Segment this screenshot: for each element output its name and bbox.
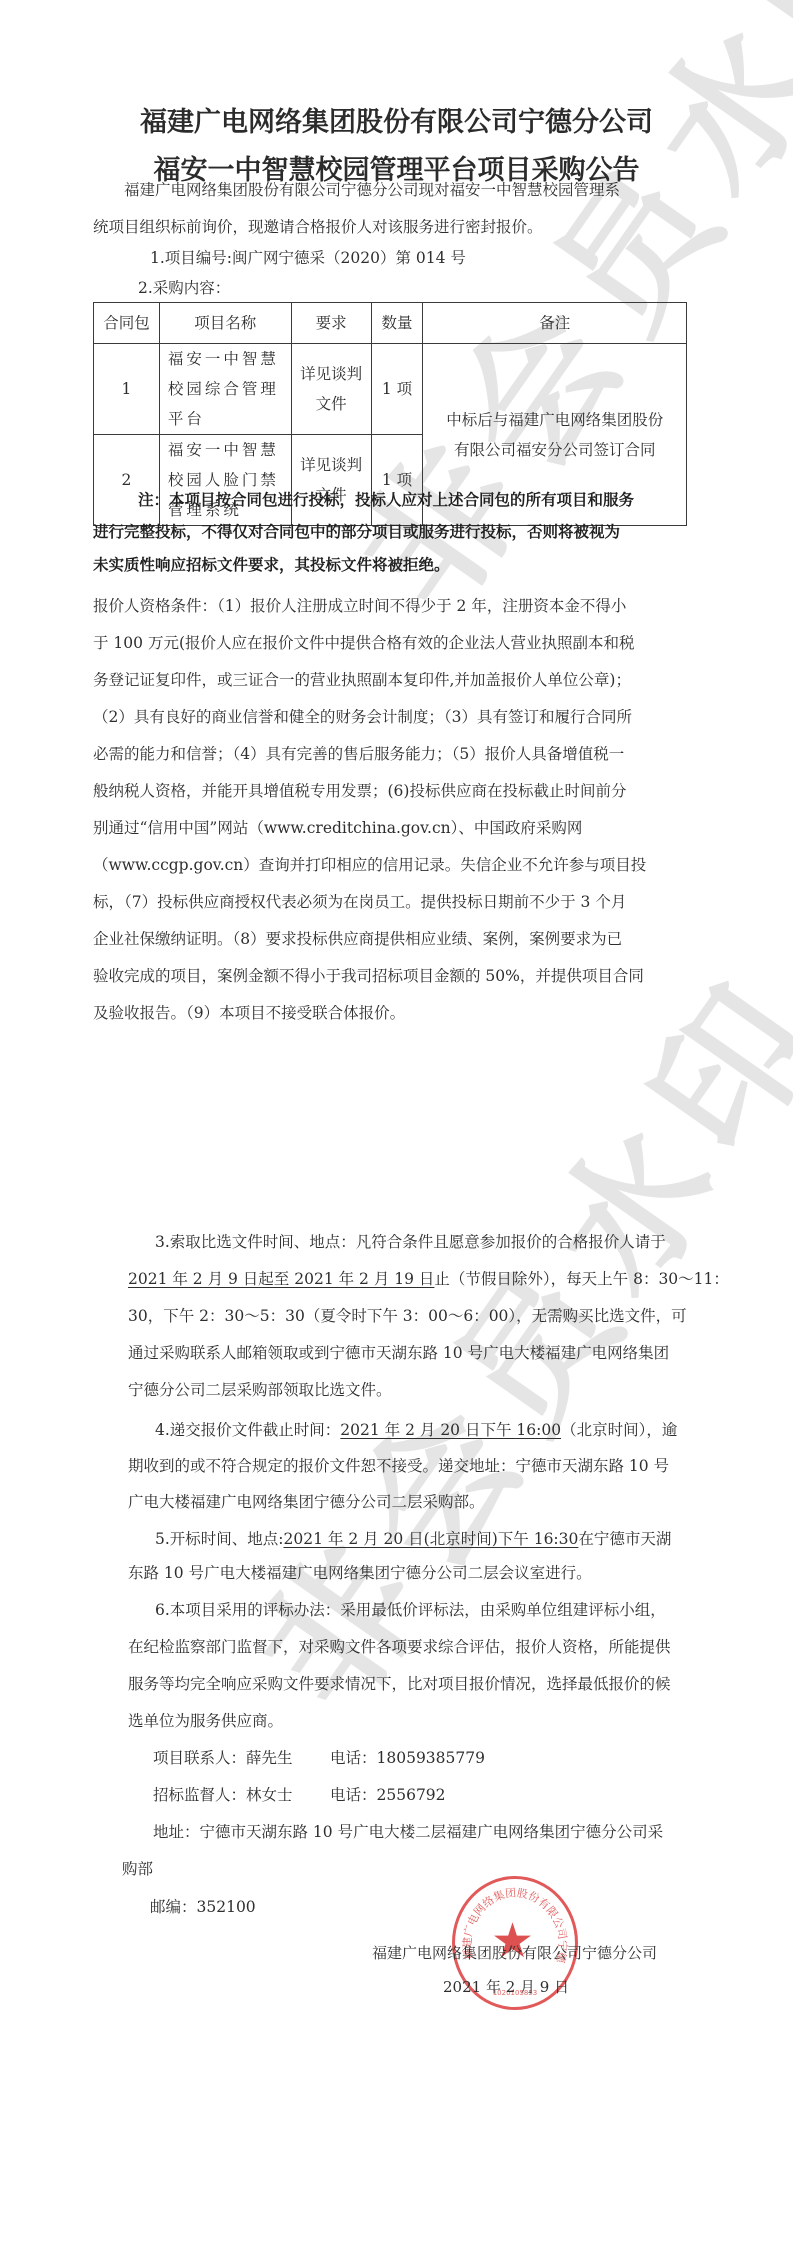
qualifications-line: 验收完成的项目，案例金额不得小于我司招标项目金额的 50%，并提供项目合同 <box>93 964 644 986</box>
watermark-bottom: 非会员水印 <box>200 924 793 1744</box>
postcode: 邮编：352100 <box>150 1895 256 1917</box>
qualifications-line: 报价人资格条件：（1）报价人注册成立时间不得少于 2 年，注册资本金不得小 <box>93 594 626 616</box>
opening-suffix: 在宁德市天湖 <box>578 1530 671 1548</box>
deadline-suffix: （北京时间），逾 <box>561 1421 677 1439</box>
cell-quantity: 1 项 <box>371 344 423 435</box>
qualifications-line: 般纳税人资格，并能开具增值税专用发票；(6)投标供应商在投标截止时间前分 <box>93 779 626 801</box>
section6-line3: 服务等均完全响应采购文件要求情况下，比对项目报价情况，选择最低报价的候 <box>128 1672 671 1694</box>
col-project-name: 项目名称 <box>159 303 291 344</box>
cell-requirement: 详见谈判文件 <box>291 344 371 435</box>
col-quantity: 数量 <box>371 303 423 344</box>
cell-project-name: 福安一中智慧校园人脸门禁管理系统 <box>159 435 291 526</box>
qualifications-line: 及验收报告。（9）本项目不接受联合体报价。 <box>93 1001 405 1023</box>
col-requirement: 要求 <box>291 303 371 344</box>
signature-date: 2021 年 2 月 9 日 <box>443 1976 569 1997</box>
section5-line2: 东路 10 号广电大楼福建广电网络集团宁德分公司二层会议室进行。 <box>128 1561 592 1583</box>
cell-quantity: 1 项 <box>371 435 423 526</box>
section4-line1: 4.递交报价文件截止时间：2021 年 2 月 20 日下午 16:00（北京时… <box>155 1418 677 1440</box>
qualifications-line: 企业社保缴纳证明。（8）要求投标供应商提供相应业绩、案例，案例要求为已 <box>93 927 622 949</box>
section6-line4: 选单位为服务供应商。 <box>128 1709 283 1731</box>
address-line2: 购部 <box>122 1857 153 1879</box>
deadline-value: 2021 年 2 月 20 日下午 16:00 <box>340 1421 561 1439</box>
note-line3: 未实质性响应招标文件要求，其投标文件将被拒绝。 <box>93 553 450 575</box>
section3-line5: 宁德分公司二层采购部领取比选文件。 <box>128 1378 392 1400</box>
supervisor-contact: 招标监督人：林女士 <box>153 1783 293 1805</box>
qualifications-line: 务登记证复印件，或三证合一的营业执照副本复印件,并加盖报价人单位公章)； <box>93 668 631 690</box>
project-contact-phone: 电话：18059385779 <box>330 1746 485 1768</box>
document-hours: 止（节假日除外），每天上午 8：30～11： <box>434 1270 729 1288</box>
deadline-label: 4.递交报价文件截止时间： <box>155 1421 340 1439</box>
cell-requirement: 详见谈判文件 <box>291 435 371 526</box>
section6-line2: 在纪检监察部门监督下，对采购文件各项要求综合评估，报价人资格，所能提供 <box>128 1635 671 1657</box>
section3-line3: 30，下午 2：30～5：30（夏令时下午 3：00～6：00），无需购买比选文… <box>128 1304 687 1326</box>
cell-package: 2 <box>94 435 160 526</box>
section4-line3: 广电大楼福建广电网络集团宁德分公司二层采购部。 <box>128 1490 485 1512</box>
project-number: 1.项目编号:闽广网宁德采（2020）第 014 号 <box>150 246 466 268</box>
section5-line1: 5.开标时间、地点:2021 年 2 月 20 日(北京时间)下午 16:30在… <box>155 1527 671 1549</box>
signature-company: 福建广电网络集团股份有限公司宁德分公司 <box>372 1942 657 1963</box>
qualifications-line: 必需的能力和信誉；（4）具有完善的售后服务能力；（5）报价人具备增值税一 <box>93 742 624 764</box>
table-header-row: 合同包 项目名称 要求 数量 备注 <box>94 303 687 344</box>
intro-line2: 统项目组织标前询价，现邀请合格报价人对该服务进行密封报价。 <box>93 215 543 237</box>
qualifications-line: （www.ccgp.gov.cn）查询并打印相应的信用记录。失信企业不允许参与项… <box>93 853 646 875</box>
document-title-line1: 福建广电网络集团股份有限公司宁德分公司 <box>0 100 793 139</box>
cell-package: 1 <box>94 344 160 435</box>
col-package: 合同包 <box>94 303 160 344</box>
section6-line1: 6.本项目采用的评标办法：采用最低价评标法，由采购单位组建评标小组， <box>155 1598 666 1620</box>
document-period: 2021 年 2 月 9 日起至 2021 年 2 月 19 日 <box>128 1270 434 1288</box>
cell-project-name: 福安一中智慧校园综合管理平台 <box>159 344 291 435</box>
qualifications-line: 标，（7）投标供应商授权代表必须为在岗员工。提供投标日期前不少于 3 个月 <box>93 890 626 912</box>
section3-line2: 2021 年 2 月 9 日起至 2021 年 2 月 19 日止（节假日除外）… <box>128 1267 729 1289</box>
intro-line1: 福建广电网络集团股份有限公司宁德分公司现对福安一中智慧校园管理系 <box>124 178 620 200</box>
note-line2: 进行完整投标，不得仅对合同包中的部分项目或服务进行投标，否则将被视为 <box>93 520 620 542</box>
section4-line2: 期收到的或不符合规定的报价文件恕不接受。递交地址：宁德市天湖东路 10 号 <box>128 1454 669 1476</box>
table-row: 1 福安一中智慧校园综合管理平台 详见谈判文件 1 项 中标后与福建广电网络集团… <box>94 344 687 435</box>
opening-label: 5.开标时间、地点: <box>155 1530 284 1548</box>
note-line1: 注：本项目按合同包进行投标，投标人应对上述合同包的所有项目和服务 <box>138 488 634 510</box>
address-line1: 地址：宁德市天湖东路 10 号广电大楼二层福建广电网络集团宁德分公司采 <box>153 1820 663 1842</box>
qualifications-line: （2）具有良好的商业信誉和健全的财务会计制度；（3）具有签订和履行合同所 <box>93 705 632 727</box>
section3-line1: 3.索取比选文件时间、地点：凡符合条件且愿意参加报价的合格报价人请于 <box>155 1230 666 1252</box>
section3-line4: 通过采购联系人邮箱领取或到宁德市天湖东路 10 号广电大楼福建广电网络集团 <box>128 1341 669 1363</box>
supervisor-phone: 电话：2556792 <box>330 1783 446 1805</box>
procurement-content-label: 2.采购内容： <box>138 276 230 298</box>
opening-time: 2021 年 2 月 20 日(北京时间)下午 16:30 <box>284 1530 579 1548</box>
col-remark: 备注 <box>423 303 687 344</box>
qualifications-line: 别通过“信用中国”网站（www.creditchina.gov.cn）、中国政府… <box>93 816 582 838</box>
qualifications-line: 于 100 万元(报价人应在报价文件中提供合格有效的企业法人营业执照副本和税 <box>93 631 635 653</box>
project-contact: 项目联系人：薛先生 <box>153 1746 293 1768</box>
